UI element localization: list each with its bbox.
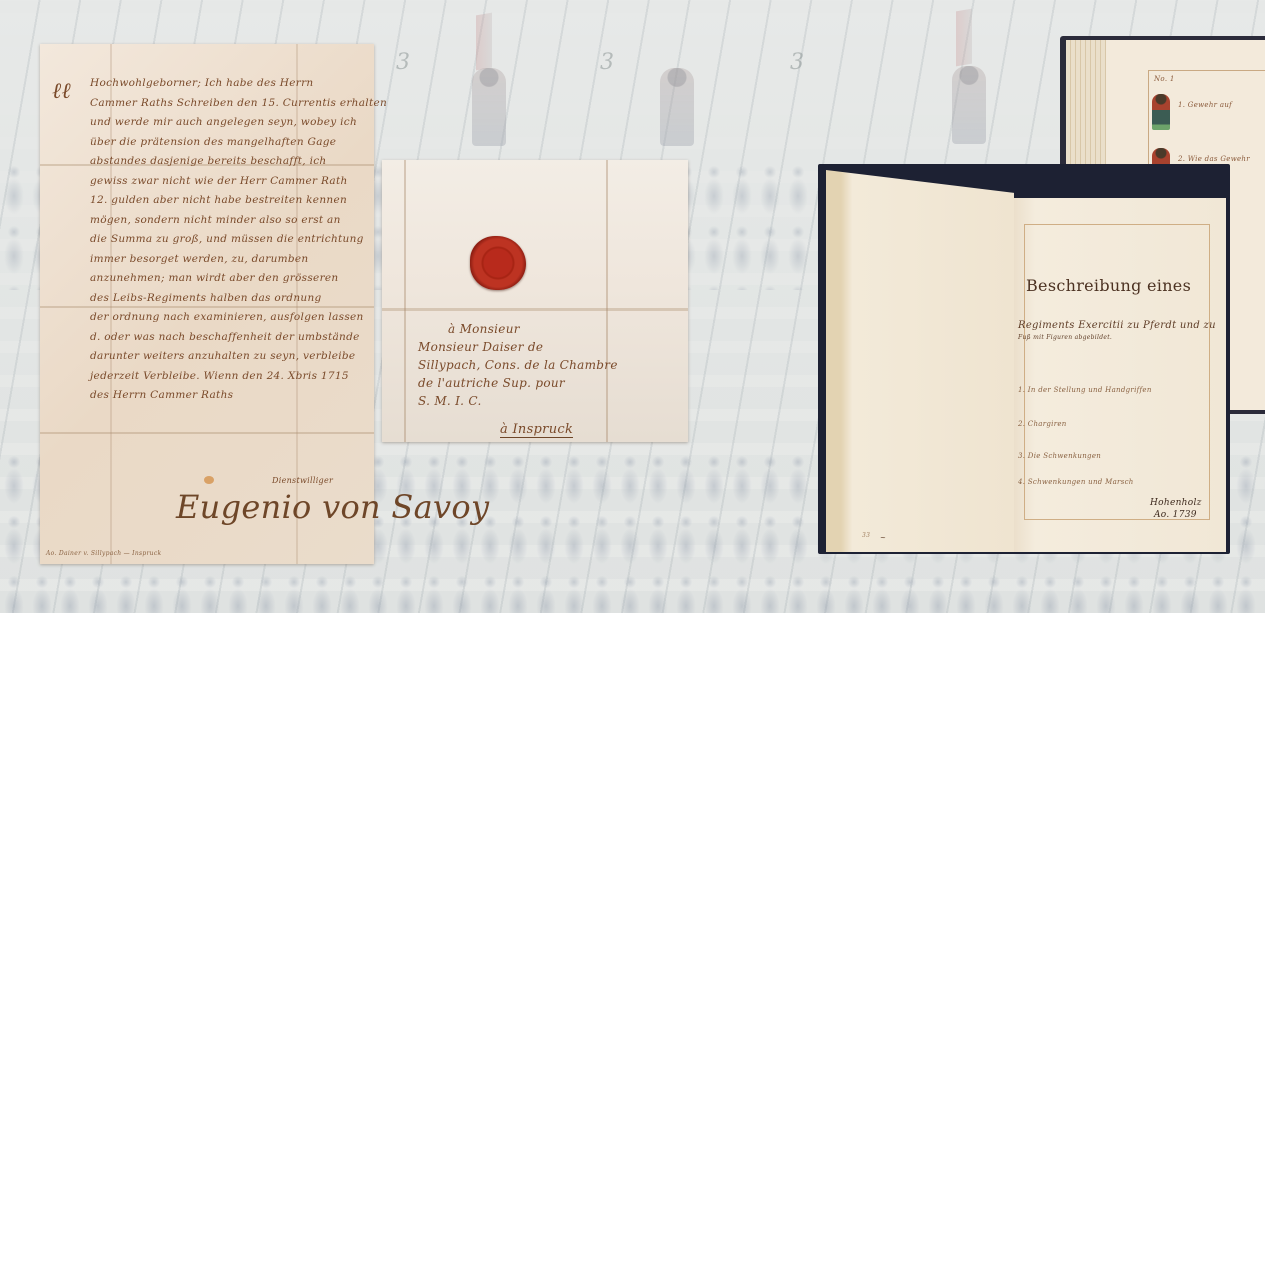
letter-line: des Leibs-Regiments halben das ordnung bbox=[90, 289, 387, 309]
photo-composite: 3 3 3 ℓℓ Hochwohlgeborner; Ich habe des … bbox=[0, 0, 1265, 613]
envelope-destination: à Inspruck bbox=[500, 422, 573, 438]
ink-stain bbox=[204, 476, 214, 484]
background-soldier-figure bbox=[952, 66, 986, 144]
letter-line: des Herrn Cammer Raths bbox=[90, 386, 387, 406]
paper-fold bbox=[40, 432, 374, 434]
address-line: de l'autriche Sup. pour bbox=[418, 374, 618, 392]
page-border bbox=[1024, 224, 1210, 520]
letter-line: über die prätension des mangelhaften Gag… bbox=[90, 133, 387, 153]
paper-fold bbox=[382, 308, 688, 311]
book-signature: Hohenholz bbox=[1150, 498, 1202, 508]
address-line: Monsieur Daiser de bbox=[418, 338, 618, 356]
background-number: 3 bbox=[396, 50, 410, 75]
envelope-address: à Monsieur Monsieur Daiser de Sillypach,… bbox=[418, 320, 618, 410]
letter-line: jederzeit Verbleibe. Wienn den 24. Xbris… bbox=[90, 367, 387, 387]
letter-body: Hochwohlgeborner; Ich habe des Herrn Cam… bbox=[90, 74, 387, 406]
letter-line: anzunehmen; man wirdt aber den grösseren bbox=[90, 269, 387, 289]
letter-line: gewiss zwar nicht wie der Herr Cammer Ra… bbox=[90, 172, 387, 192]
book-subtitle-line: Fuß mit Figuren abgebildet. bbox=[1018, 332, 1112, 343]
letter-line: mögen, sondern nicht minder also so erst… bbox=[90, 211, 387, 231]
background-soldier-figure bbox=[472, 68, 506, 146]
letter-signature: Eugenio von Savoy bbox=[176, 488, 489, 526]
blank-left-page: ~ 33 bbox=[826, 170, 1014, 552]
address-line: S. M. I. C. bbox=[418, 392, 618, 410]
book-date: Ao. 1739 bbox=[1154, 510, 1197, 520]
letter-line: die Summa zu groß, und müssen die entric… bbox=[90, 230, 387, 250]
letter-line: darunter weiters anzuhalten zu seyn, ver… bbox=[90, 347, 387, 367]
sealed-envelope: à Monsieur Monsieur Daiser de Sillypach,… bbox=[382, 160, 688, 442]
letter-line: 12. gulden aber nicht habe bestreiten ke… bbox=[90, 191, 387, 211]
toc-item: 4. Schwenkungen und Marsch bbox=[1018, 478, 1134, 486]
wax-seal-icon bbox=[470, 236, 526, 290]
letter-line: Cammer Raths Schreiben den 15. Currentis… bbox=[90, 94, 387, 114]
letter-line: abstandes dasjenige bereits beschafft, i… bbox=[90, 152, 387, 172]
book-title: Beschreibung eines bbox=[1026, 276, 1191, 295]
book-subtitle-line: Regiments Exercitii zu Pferdt und zu bbox=[1018, 320, 1216, 331]
toc-item: 1. In der Stellung und Handgriffen bbox=[1018, 386, 1152, 394]
letter-closing: Dienstwilliger bbox=[272, 476, 333, 485]
letter-line: und werde mir auch angelegen seyn, wobey… bbox=[90, 113, 387, 133]
toc-item: 2. Chargiren bbox=[1018, 420, 1067, 428]
letter-line: Hochwohlgeborner; Ich habe des Herrn bbox=[90, 74, 387, 94]
blank-lower-area bbox=[0, 613, 1265, 1265]
page-mark: ~ bbox=[880, 534, 886, 542]
column-header: No. 1 bbox=[1154, 74, 1175, 84]
paper-fold bbox=[404, 160, 406, 442]
background-flag bbox=[956, 9, 972, 67]
background-number: 3 bbox=[600, 50, 614, 75]
address-line: Sillypach, Cons. de la Chambre bbox=[418, 356, 618, 374]
letter-salutation: ℓℓ bbox=[52, 78, 71, 104]
title-right-page: Beschreibung eines Regiments Exercitii z… bbox=[1014, 198, 1226, 552]
background-soldier-figure bbox=[660, 68, 694, 146]
letter-footnote: Ao. Dainer v. Sillypach — Inspruck bbox=[46, 550, 161, 557]
letter-line: d. oder was nach beschaffenheit der umbs… bbox=[90, 328, 387, 348]
soldier-figure-icon bbox=[1152, 94, 1170, 130]
book-text-line: 1. Gewehr auf bbox=[1178, 100, 1232, 110]
toc-item: 3. Die Schwenkungen bbox=[1018, 452, 1101, 460]
background-number: 3 bbox=[790, 50, 804, 75]
address-line: à Monsieur bbox=[418, 320, 618, 338]
background-flag bbox=[476, 13, 492, 71]
letter-line: immer besorget werden, zu, darumben bbox=[90, 250, 387, 270]
title-page-book: ~ 33 Beschreibung eines Regiments Exerci… bbox=[818, 164, 1230, 554]
signed-letter: ℓℓ Hochwohlgeborner; Ich habe des Herrn … bbox=[40, 44, 374, 564]
book-text-line: 2. Wie das Gewehr bbox=[1178, 154, 1250, 164]
letter-line: der ordnung nach examinieren, ausfolgen … bbox=[90, 308, 387, 328]
page-number: 33 bbox=[862, 532, 870, 539]
